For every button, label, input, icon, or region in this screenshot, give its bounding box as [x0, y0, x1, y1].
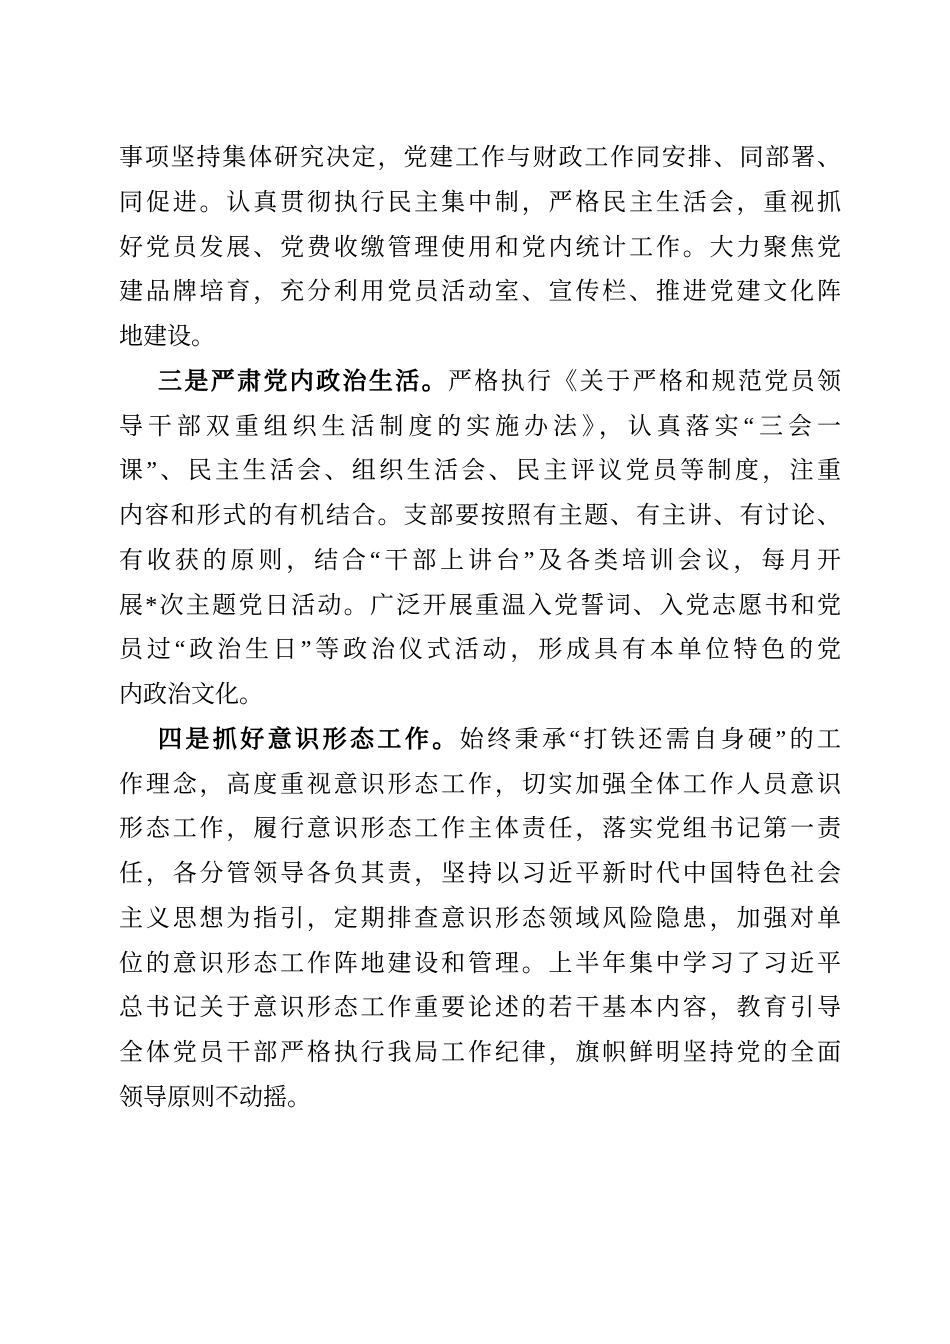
text-line: 员过“政治生日”等政治仪式活动，形成具有本单位特色的党	[119, 628, 841, 673]
text-line: 有收获的原则，结合“干部上讲台”及各类培训会议，每月开	[119, 539, 841, 584]
text-line: 领导原则不动摇。	[119, 1076, 841, 1121]
text-line: 建品牌培育，充分利用党员活动室、宣传栏、推进党建文化阵	[119, 270, 841, 315]
bold-lead: 三是严肃党内政治生活。	[158, 369, 448, 395]
text-line: 形态工作，履行意识形态工作主体责任，落实党组书记第一责	[119, 807, 841, 852]
text-line: 总书记关于意识形态工作重要论述的若干基本内容，教育引导	[119, 986, 841, 1031]
text-line: 展*次主题党日活动。广泛开展重温入党誓词、入党志愿书和党	[119, 584, 841, 629]
text-line: 三是严肃党内政治生活。严格执行《关于严格和规范党员领	[119, 360, 841, 405]
text-line: 位的意识形态工作阵地建设和管理。上半年集中学习了习近平	[119, 942, 841, 987]
text-line: 好党员发展、党费收缴管理使用和党内统计工作。大力聚焦党	[119, 226, 841, 271]
text-line: 课”、民主生活会、组织生活会、民主评议党员等制度，注重	[119, 449, 841, 494]
text-line: 作理念，高度重视意识形态工作，切实加强全体工作人员意识	[119, 763, 841, 808]
text-line: 内容和形式的有机结合。支部要按照有主题、有主讲、有讨论、	[119, 494, 841, 539]
bold-lead: 四是抓好意识形态工作。	[158, 727, 460, 753]
text-line: 全体党员干部严格执行我局工作纪律，旗帜鲜明坚持党的全面	[119, 1031, 841, 1076]
text-line: 任，各分管领导各负其责，坚持以习近平新时代中国特色社会	[119, 852, 841, 897]
paragraph-three: 三是严肃党内政治生活。严格执行《关于严格和规范党员领导干部双重组织生活制度的实施…	[119, 360, 841, 718]
text-line: 同促进。认真贯彻执行民主集中制，严格民主生活会，重视抓	[119, 181, 841, 226]
text-line: 主义思想为指引，定期排查意识形态领域风险隐患，加强对单	[119, 897, 841, 942]
paragraph-continuation: 事项坚持集体研究决定，党建工作与财政工作同安排、同部署、同促进。认真贯彻执行民主…	[119, 136, 841, 360]
text-line: 导干部双重组织生活制度的实施办法》，认真落实“三会一	[119, 405, 841, 450]
text-line: 事项坚持集体研究决定，党建工作与财政工作同安排、同部署、	[119, 136, 841, 181]
paragraph-four: 四是抓好意识形态工作。始终秉承“打铁还需自身硬”的工作理念，高度重视意识形态工作…	[119, 718, 841, 1121]
document-page: 事项坚持集体研究决定，党建工作与财政工作同安排、同部署、同促进。认真贯彻执行民主…	[0, 0, 950, 1344]
text-line: 地建设。	[119, 315, 841, 360]
document-body: 事项坚持集体研究决定，党建工作与财政工作同安排、同部署、同促进。认真贯彻执行民主…	[119, 136, 841, 1121]
text-line: 四是抓好意识形态工作。始终秉承“打铁还需自身硬”的工	[119, 718, 841, 763]
text-line: 内政治文化。	[119, 673, 841, 718]
